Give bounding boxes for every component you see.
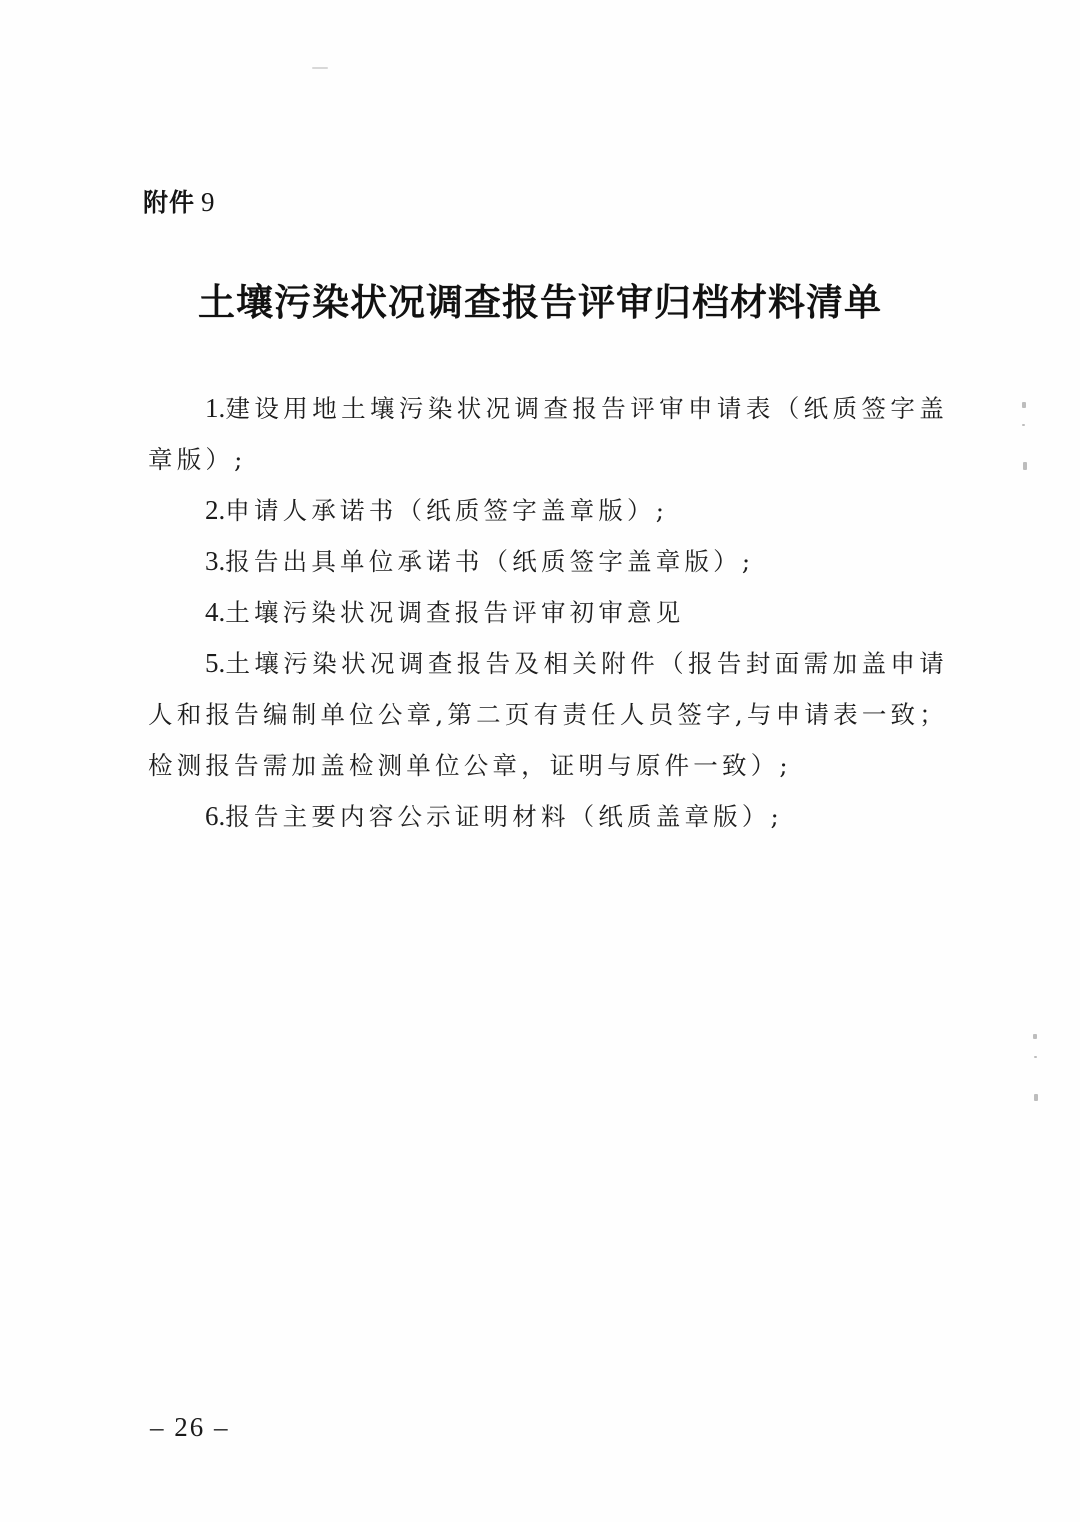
list-item: 6.报告主要内容公示证明材料（纸质盖章版）; (148, 791, 948, 842)
materials-list: 1.建设用地土壤污染状况调查报告评审申请表（纸质签字盖章版）; 2.申请人承诺书… (148, 383, 948, 842)
list-item-text: 报告出具单位承诺书（纸质签字盖章版）; (225, 547, 754, 576)
scan-mark (1022, 402, 1026, 408)
scan-mark (312, 67, 328, 69)
document-page: 附件9 土壤污染状况调查报告评审归档材料清单 1.建设用地土壤污染状况调查报告评… (0, 0, 1080, 1522)
list-item: 3.报告出具单位承诺书（纸质签字盖章版）; (148, 536, 948, 587)
list-item-text: 土壤污染状况调查报告评审初审意见 (225, 598, 684, 627)
list-item-text: 土壤污染状况调查报告及相关附件（报告封面需加盖申请人和报告编制单位公章,第二页有… (148, 649, 948, 780)
list-item: 1.建设用地土壤污染状况调查报告评审申请表（纸质签字盖章版）; (148, 383, 948, 485)
scan-mark (1033, 1034, 1037, 1039)
scan-mark (1034, 1094, 1038, 1101)
list-item-index: 1. (205, 393, 225, 423)
list-item-index: 2. (205, 495, 225, 525)
scan-mark (1034, 1056, 1037, 1058)
scan-mark (1023, 462, 1027, 470)
list-item: 5.土壤污染状况调查报告及相关附件（报告封面需加盖申请人和报告编制单位公章,第二… (148, 638, 948, 791)
list-item-index: 6. (205, 801, 225, 831)
list-item-index: 4. (205, 597, 225, 627)
list-item-index: 5. (205, 648, 225, 678)
page-number: – 26 – (150, 1412, 230, 1443)
list-item-index: 3. (205, 546, 225, 576)
attachment-label-text: 附件 (143, 188, 195, 217)
scan-mark (1022, 424, 1025, 426)
list-item-text: 申请人承诺书（纸质签字盖章版）; (225, 496, 668, 525)
document-title: 土壤污染状况调查报告评审归档材料清单 (0, 272, 1080, 326)
list-item: 4.土壤污染状况调查报告评审初审意见 (148, 587, 948, 638)
list-item-text: 建设用地土壤污染状况调查报告评审申请表（纸质签字盖章版）; (148, 394, 948, 474)
attachment-number: 9 (201, 187, 216, 217)
list-item: 2.申请人承诺书（纸质签字盖章版）; (148, 485, 948, 536)
attachment-label: 附件9 (143, 183, 216, 219)
list-item-text: 报告主要内容公示证明材料（纸质盖章版）; (225, 802, 783, 831)
